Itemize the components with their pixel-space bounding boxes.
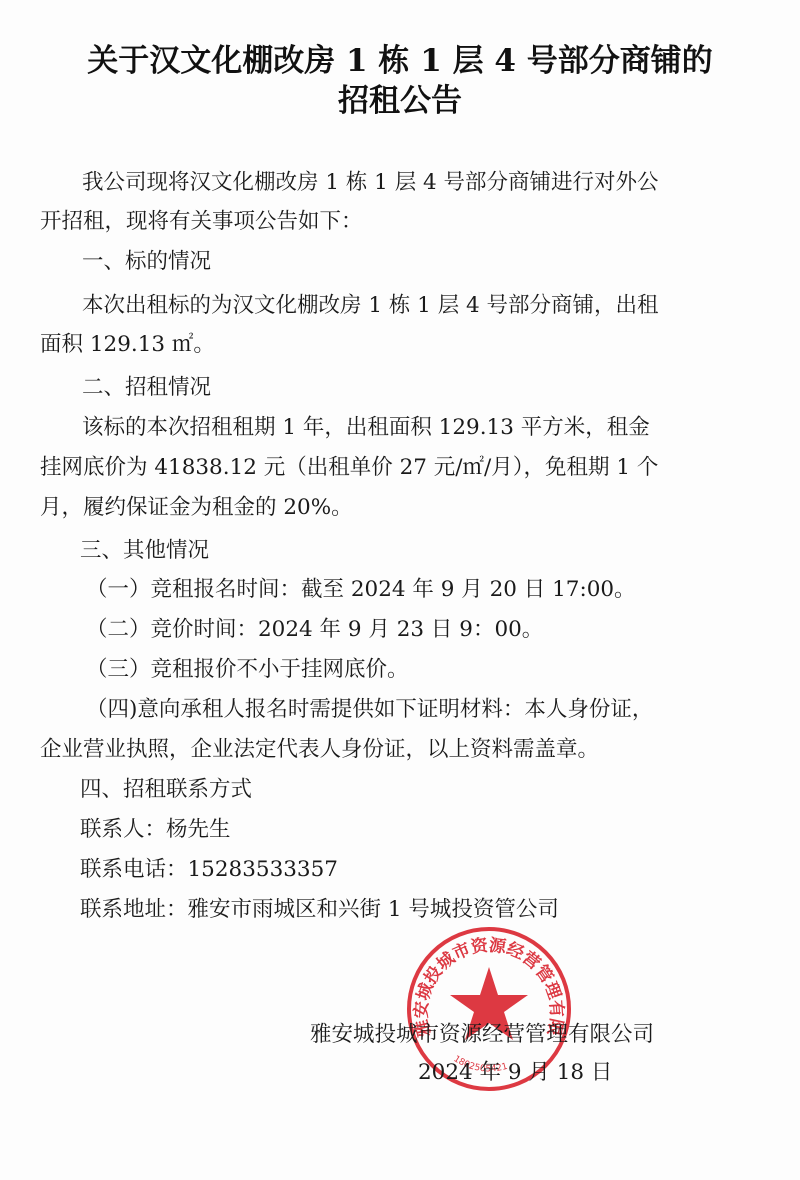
section3-item-3: （三）竞租报价不小于挂网底价。 [86,652,409,683]
document-page: 关于汉文化棚改房 1 栋 1 层 4 号部分商铺的 招租公告 我公司现将汉文化棚… [0,0,800,1180]
signature-company: 雅安城投城市资源经营管理有限公司 [310,1017,654,1048]
section3-heading: 三、其他情况 [80,533,209,564]
intro-line-1: 我公司现将汉文化棚改房 1 栋 1 层 4 号部分商铺进行对外公 [82,165,659,196]
section1-heading: 一、标的情况 [82,244,211,275]
signature-date: 2024 年 9 月 18 日 [418,1055,612,1086]
section2-line-1: 该标的本次招租租期 1 年，出租面积 129.13 平方米，租金 [82,410,650,441]
contact-address: 联系地址：雅安市雨城区和兴街 1 号城投资管公司 [80,892,559,923]
section2-line-3: 月，履约保证金为租金的 20%。 [40,490,353,521]
title-line-1: 关于汉文化棚改房 1 栋 1 层 4 号部分商铺的 [0,35,800,80]
section3-item-2: （二）竞价时间：2024 年 9 月 23 日 9：00。 [86,612,543,643]
contact-phone: 联系电话：15283533357 [80,852,338,883]
section1-line-1: 本次出租标的为汉文化棚改房 1 栋 1 层 4 号部分商铺，出租 [82,288,659,319]
section4-heading: 四、招租联系方式 [80,772,252,803]
intro-line-2: 开招租，现将有关事项公告如下： [40,204,363,235]
title-line-2: 招租公告 [0,75,800,120]
section1-line-2: 面积 129.13 ㎡。 [40,327,215,358]
section2-line-2: 挂网底价为 41838.12 元（出租单价 27 元/㎡/月），免租期 1 个 [40,450,658,481]
section3-item-4-cont: 企业营业执照，企业法定代表人身份证，以上资料需盖章。 [40,732,599,763]
section2-heading: 二、招租情况 [82,370,211,401]
section3-item-1: （一）竞租报名时间：截至 2024 年 9 月 20 日 17:00。 [86,572,636,603]
contact-person: 联系人：杨先生 [80,812,231,843]
section3-item-4: （四)意向承租人报名时需提供如下证明材料：本人身份证， [86,692,653,723]
